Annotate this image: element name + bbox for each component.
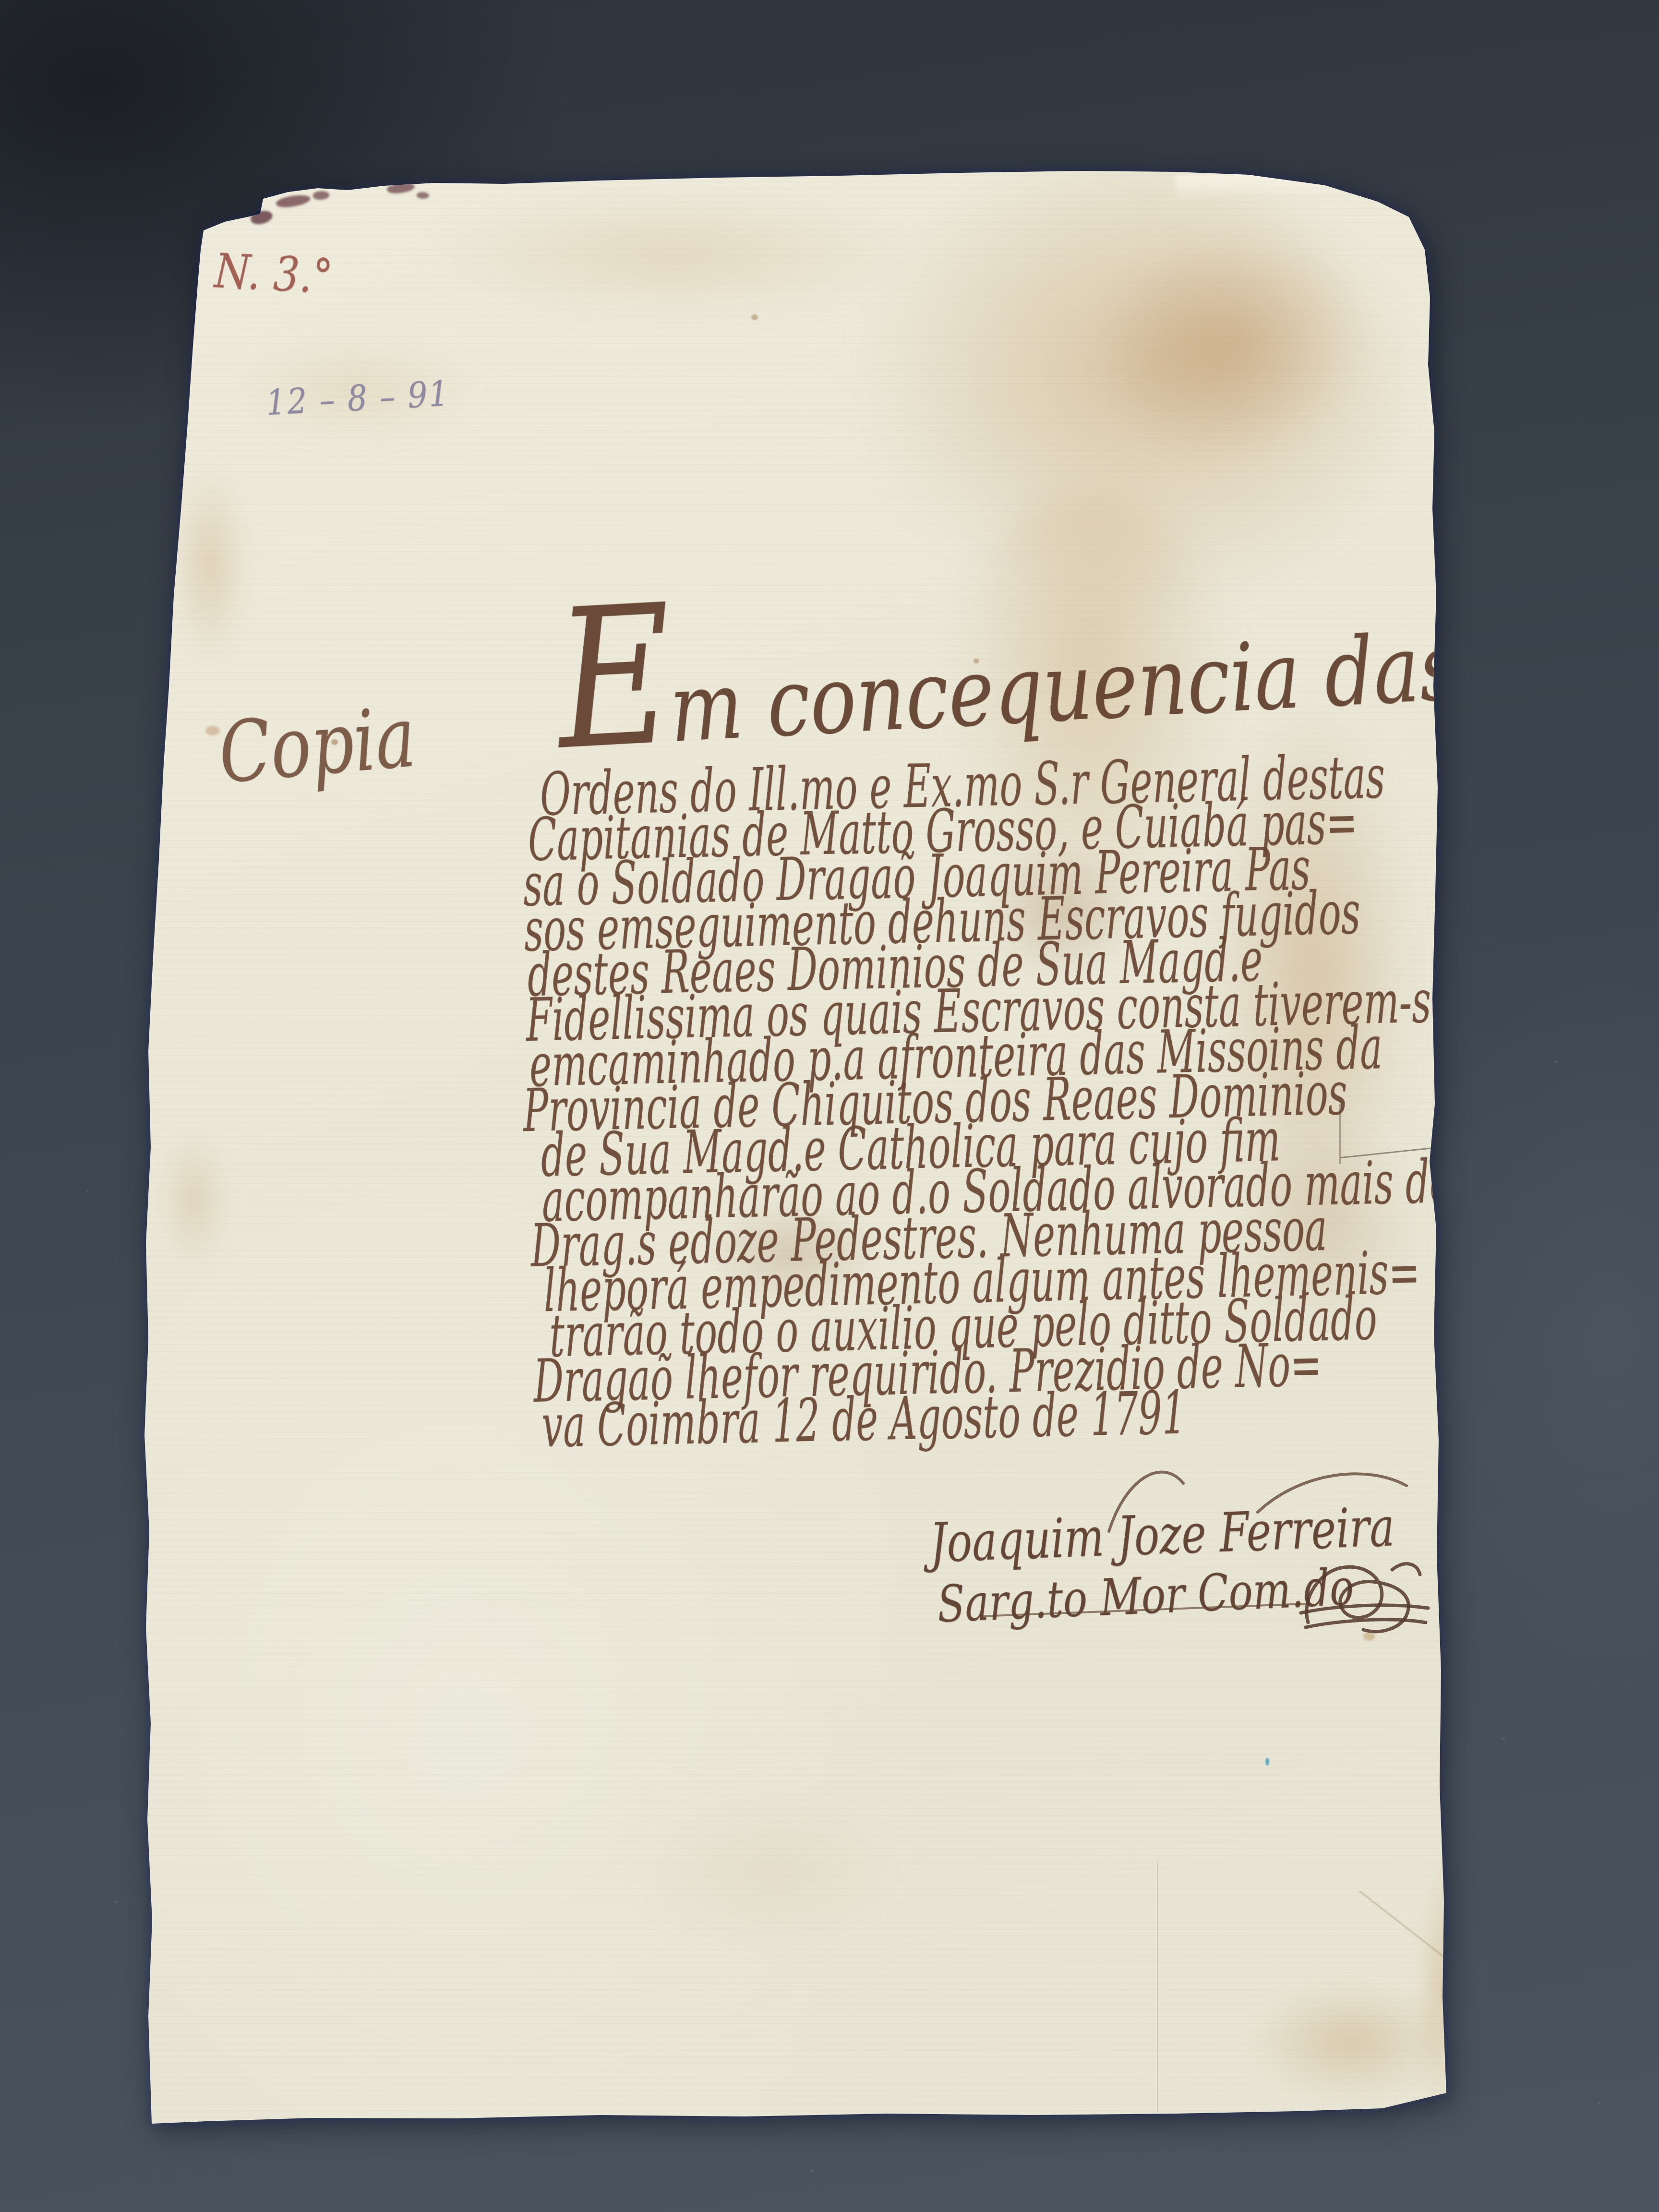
stain-core: [1094, 230, 1363, 461]
stain-bottom-right-wisp: [1248, 1983, 1455, 2103]
paper-shadow: N. 3.° 12 – 8 – 91 Copia Em concequencia…: [0, 0, 1659, 2212]
fold-line-bottom-center: [1157, 1863, 1158, 2112]
edge-flap-highlight: [1176, 170, 1335, 202]
margin-label-copia: Copia: [215, 688, 419, 803]
photograph-of-manuscript: N. 3.° 12 – 8 – 91 Copia Em concequencia…: [0, 0, 1659, 2212]
edge-ink-smudge: [313, 191, 329, 201]
fold-line-bottom-right: [1359, 1890, 1473, 1980]
stain-top-band: [422, 192, 926, 317]
heading-text: m concequencia das: [667, 612, 1461, 763]
stain-right-streak: [1409, 1842, 1476, 2123]
manuscript-page: N. 3.° 12 – 8 – 91 Copia Em concequencia…: [0, 0, 1659, 2212]
edge-ink-smudge: [417, 192, 429, 199]
edge-ink-smudge: [249, 208, 274, 226]
blue-fiber-speck: [1265, 1758, 1269, 1766]
edge-ink-smudge: [386, 181, 415, 195]
body-text-block: Ordens do Ill.mo e Ex.mo S.r General des…: [504, 741, 1659, 1450]
signature-rubric: [1291, 1541, 1435, 1656]
stain-left-edge-mid: [169, 461, 251, 667]
pencil-date: 12 – 8 – 91: [265, 373, 451, 423]
document-heading: Em concequencia das: [552, 537, 1462, 778]
archive-number: N. 3.°: [213, 242, 334, 305]
stain-bottom-center-faint: [634, 1795, 902, 1949]
stain-left-edge-low: [158, 1133, 230, 1267]
manuscript-line: va Coimbra 12 de Agosto de 1791: [541, 1384, 1487, 1449]
foxing-spot: [751, 314, 758, 320]
edge-ink-smudge: [276, 193, 312, 209]
